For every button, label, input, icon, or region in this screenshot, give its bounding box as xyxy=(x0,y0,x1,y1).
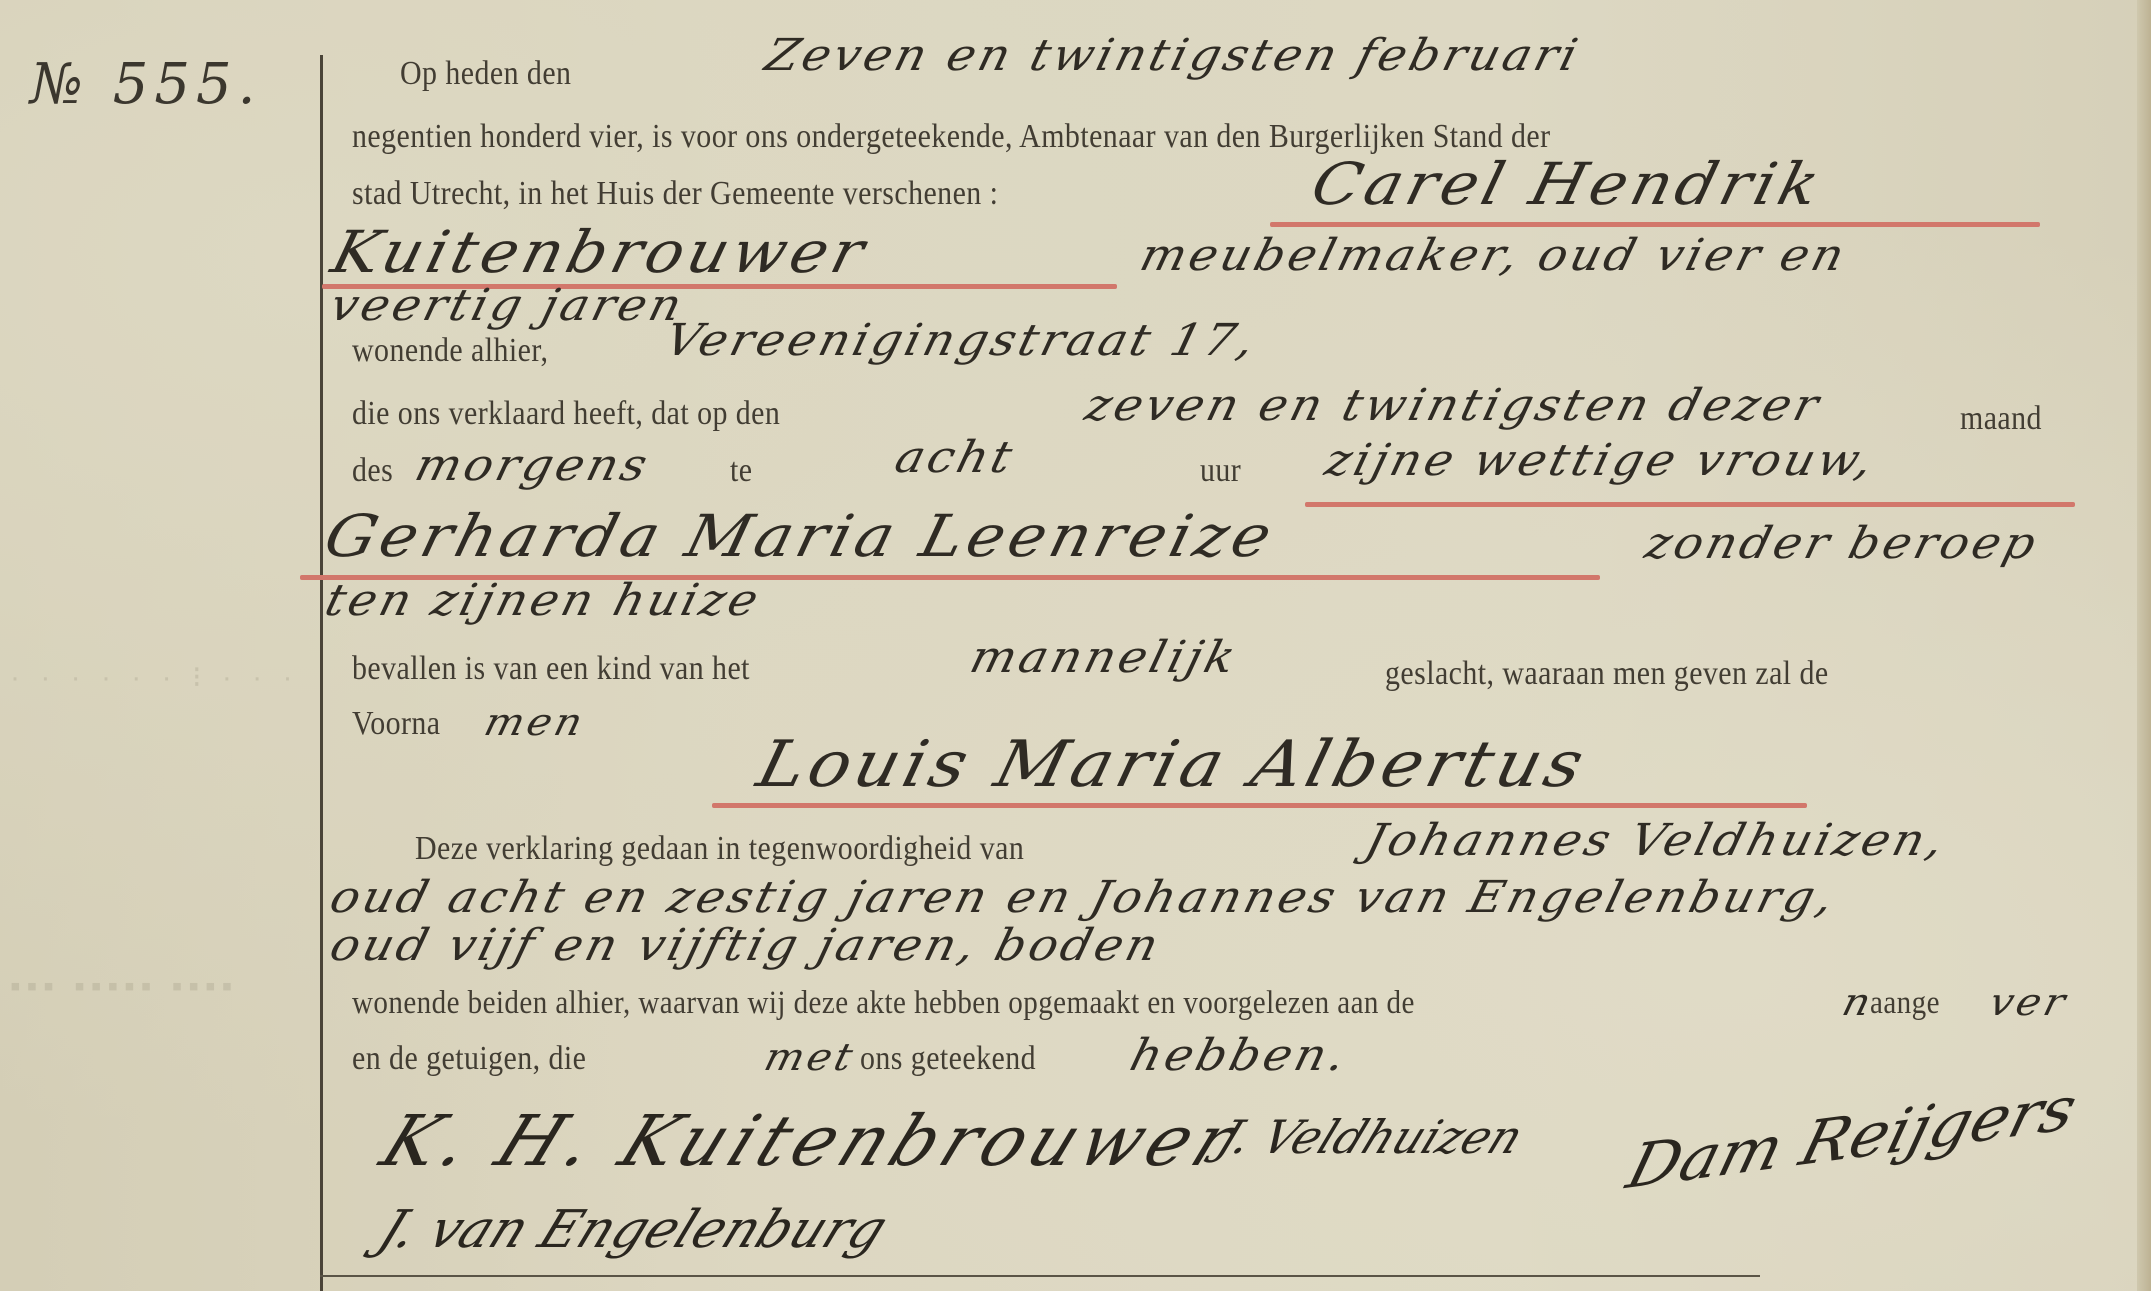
printed-text: en de getuigen, die xyxy=(352,1040,586,1078)
page-edge xyxy=(2137,0,2151,1291)
bottom-rule xyxy=(320,1275,1760,1277)
red-underline xyxy=(1305,502,2075,507)
handwritten-address: Vereenigingstraat 17, xyxy=(660,315,1263,366)
printed-text: ons geteekend xyxy=(860,1040,1036,1078)
signature-registrar: Dam Reijgers xyxy=(1620,1072,2084,1203)
signature-witness-2: J. van Engelenburg xyxy=(370,1200,896,1260)
handwritten-sex: mannelijk xyxy=(965,632,1244,683)
signature-witness-1: J. Veldhuizen xyxy=(1210,1110,1531,1164)
handwritten-witness-details: oud vijf en vijftig jaren, boden xyxy=(325,920,1167,971)
printed-text: geslacht, waaraan men geven zal de xyxy=(1385,655,1829,693)
handwritten-child-name: Louis Maria Albertus xyxy=(750,728,1595,802)
handwritten-text: ver xyxy=(1985,980,2073,1024)
handwritten-witness-1: Johannes Veldhuizen, xyxy=(1360,815,1952,866)
printed-text: Deze verklaring gedaan in tegenwoordighe… xyxy=(415,830,1024,868)
handwritten-time-of-day: morgens xyxy=(410,440,655,491)
handwritten-birth-date: zeven en twintigsten dezer xyxy=(1080,380,1827,431)
handwritten-text: met xyxy=(760,1035,860,1079)
handwritten-father-surname: Kuitenbrouwer xyxy=(325,218,875,286)
handwritten-date: Zeven en twintigsten februari xyxy=(760,30,1586,81)
printed-text: Op heden den xyxy=(400,55,571,93)
act-number: № 555. xyxy=(30,52,261,117)
printed-text: wonende alhier, xyxy=(352,332,548,370)
printed-text: bevallen is van een kind van het xyxy=(352,650,750,688)
printed-text: des xyxy=(352,452,393,490)
bleed-through-text: · · · · · · ⁝ · · · xyxy=(10,660,298,695)
printed-text: stad Utrecht, in het Huis der Gemeente v… xyxy=(352,175,998,213)
red-underline xyxy=(712,803,1807,808)
handwritten-occupation-age: meubelmaker, oud vier en xyxy=(1135,230,1852,281)
printed-text: uur xyxy=(1200,452,1241,490)
handwritten-mother-occupation: zonder beroep xyxy=(1640,518,2044,569)
document-page: № 555. · · · · · · ⁝ · · · ▪▪▪ ▪▪▪▪▪ ▪▪▪… xyxy=(0,0,2151,1291)
margin-rule xyxy=(320,55,323,1291)
printed-text: aange xyxy=(1870,985,1940,1022)
printed-text: wonende beiden alhier, waarvan wij deze … xyxy=(352,985,1415,1022)
printed-text: maand xyxy=(1960,400,2042,438)
signature-father: K. H. Kuitenbrouwer xyxy=(370,1100,1253,1182)
handwritten-hour: acht xyxy=(890,432,1020,483)
bleed-through-text: ▪▪▪ ▪▪▪▪▪ ▪▪▪▪ xyxy=(10,970,238,1004)
handwritten-mother-name: Gerharda Maria Leenreize xyxy=(318,502,1283,570)
handwritten-witness-details: oud acht en zestig jaren en Johannes van… xyxy=(325,872,1842,923)
printed-text: die ons verklaard heeft, dat op den xyxy=(352,395,780,433)
handwritten-relation: zijne wettige vrouw, xyxy=(1320,435,1881,486)
handwritten-father-given-names: Carel Hendrik xyxy=(1305,150,1830,218)
red-underline xyxy=(1270,222,2040,227)
handwritten-age: veertig jaren xyxy=(325,280,690,331)
handwritten-text: men xyxy=(480,700,590,744)
handwritten-text: hebben. xyxy=(1125,1030,1354,1081)
printed-text: Voorna xyxy=(352,705,441,743)
handwritten-birth-place: ten zijnen huize xyxy=(320,575,766,626)
printed-text: te xyxy=(730,452,752,490)
